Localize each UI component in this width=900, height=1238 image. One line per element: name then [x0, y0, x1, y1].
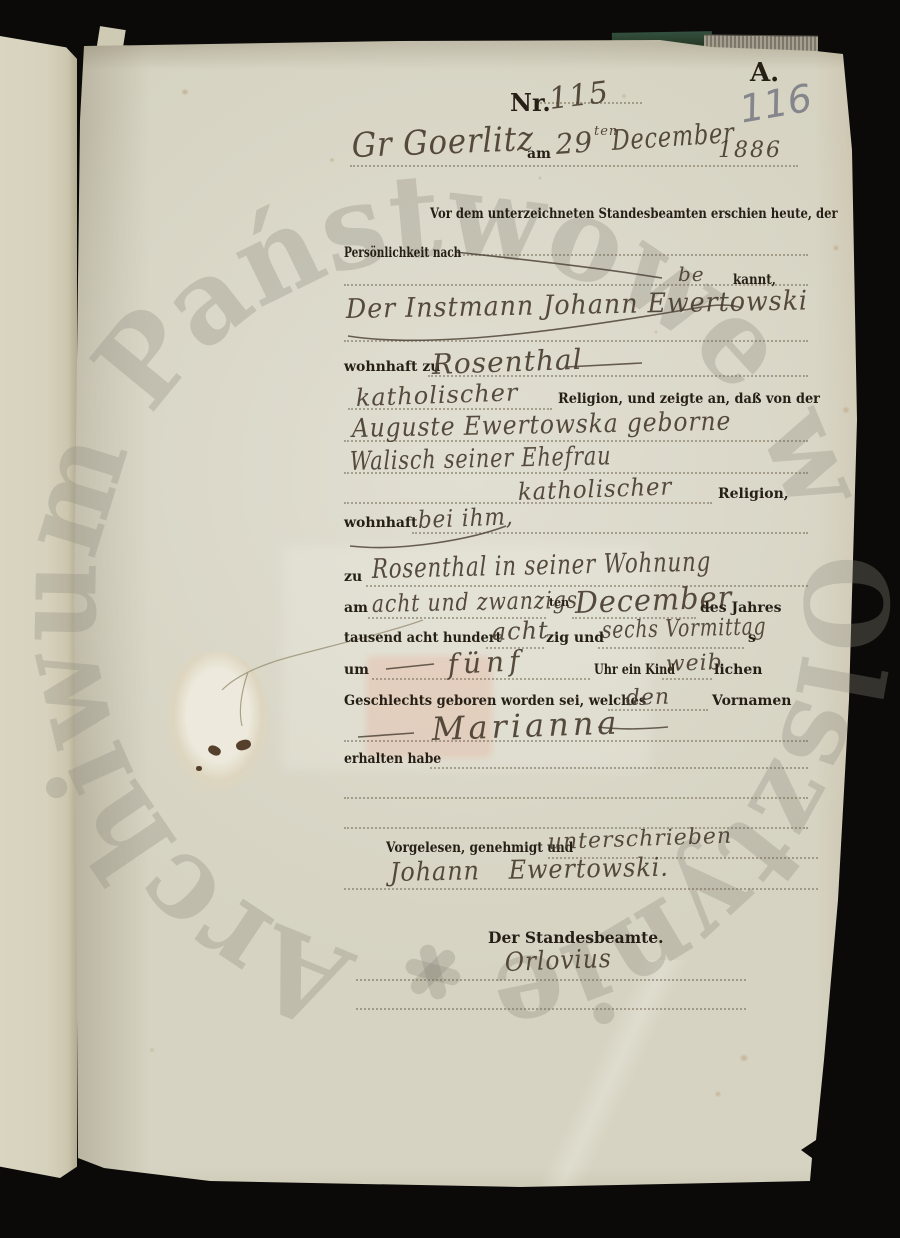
am2-label: am: [344, 600, 368, 616]
birth-day-hand: acht und zwanzigs: [372, 586, 578, 618]
intro-line: Vor dem unterzeichneten Standesbeamten e…: [430, 206, 838, 222]
lichen-label: lichen: [714, 662, 762, 678]
vornamen-label: Vornamen: [712, 693, 791, 709]
record-number-label: Nr.: [510, 88, 551, 117]
closing-print: Vorgelesen, genehmigt und: [386, 840, 573, 856]
religion1-print: Religion, und zeigte an, daß von der: [558, 391, 820, 407]
zig-und-label: zig und: [546, 630, 604, 646]
scanned-birth-record-photo: Archiwum Państwowe w Olsztynie: [0, 0, 900, 1238]
s-print: s: [748, 630, 756, 646]
flourish-stroke: [358, 733, 414, 737]
erhalten-habe-label: erhalten habe: [344, 751, 441, 767]
religion1-hand: katholischer: [355, 378, 519, 412]
mother-maiden-line: Walisch seiner Ehefrau: [350, 441, 612, 477]
zu-label: zu: [344, 569, 362, 585]
flourish-stroke: [455, 252, 662, 278]
declarant-signature: Johann Ewertowski.: [390, 853, 669, 888]
registration-place: Gr Goerlitz: [351, 119, 534, 166]
wohnhaft-zu-label: wohnhaft zu: [344, 359, 441, 375]
religion2-print: Religion,: [718, 486, 789, 502]
units-hand: sechs Vormittag: [602, 612, 767, 644]
be-hand: be: [678, 262, 705, 286]
bei-ihm-hand: bei ihm,: [417, 502, 514, 534]
date-day: 29: [554, 125, 594, 161]
den-hand: den: [625, 684, 670, 711]
registrar-label: Der Standesbeamte.: [488, 928, 664, 947]
flourish-stroke: [386, 664, 434, 669]
identity-label: Persönlichkeit nach: [344, 245, 461, 261]
tausend-label: tausend acht hundert: [344, 630, 502, 646]
registrar-signature: Orlovius: [504, 944, 612, 978]
wohnhaft-label: wohnhaft: [344, 515, 418, 531]
ten-print: ten: [549, 596, 569, 609]
record-number-value: 115: [547, 75, 611, 117]
religion2-hand: katholischer: [517, 472, 672, 506]
date-year: 1886: [718, 138, 782, 163]
paper-crack: [240, 672, 248, 726]
am-label: am: [527, 146, 551, 162]
child-name: Marianna: [431, 703, 621, 748]
hour-hand: fünf: [447, 644, 525, 681]
uhr-ein-kind-label: Uhr ein Kind: [594, 662, 675, 678]
um-label: um: [344, 662, 369, 678]
decade-hand: acht: [491, 616, 549, 646]
residence-value: Rosenthal: [431, 343, 583, 381]
